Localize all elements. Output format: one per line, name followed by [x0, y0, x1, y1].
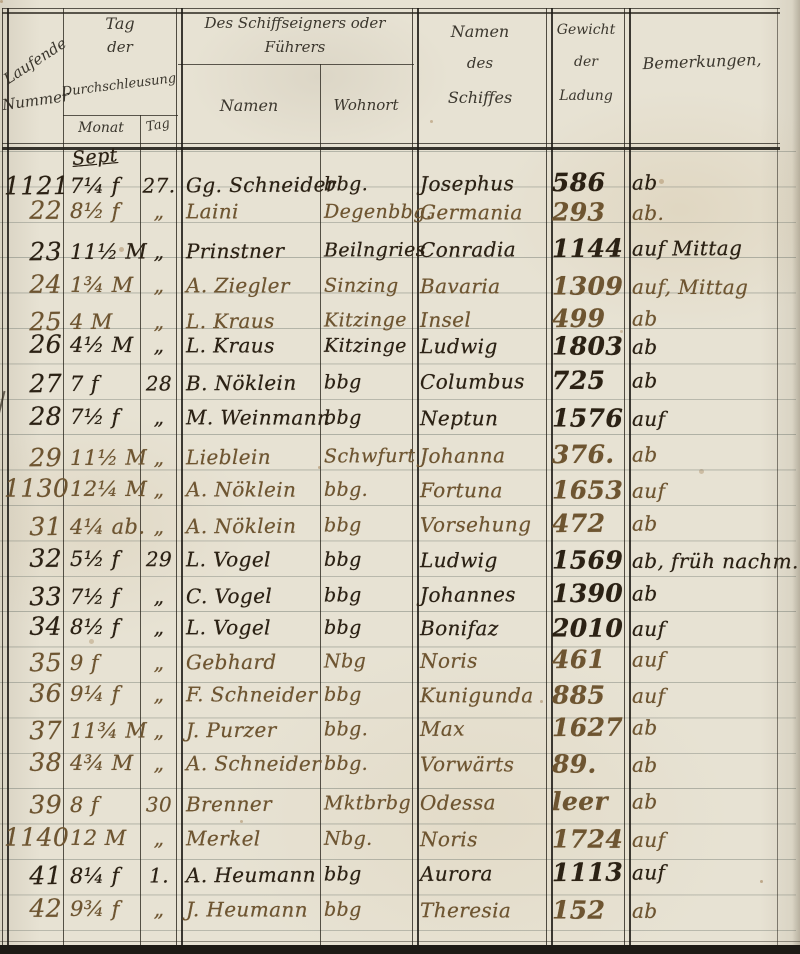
ship-name: Aurora: [420, 857, 546, 890]
ship-name: Fortuna: [420, 474, 546, 506]
monat-tag-divider: [63, 115, 178, 116]
day-of-month: „: [142, 747, 176, 779]
ship-name: Vorsehung: [420, 508, 546, 541]
remark: auf: [632, 613, 794, 646]
row-number: 35: [4, 647, 62, 679]
owner-name: M. Weinmann: [186, 401, 318, 433]
ship-name: Vorwärts: [420, 748, 546, 780]
remark: auf: [632, 824, 794, 857]
row-number: 1140: [4, 822, 62, 854]
ship-name: Ludwig: [420, 544, 546, 576]
day-of-month: „: [142, 510, 176, 542]
cargo-weight: 2010: [552, 613, 626, 645]
remark: auf: [632, 643, 794, 676]
remark: auf: [632, 856, 794, 889]
lock-time: 7 f: [70, 368, 138, 400]
ship-name: Neptun: [420, 402, 546, 434]
day-of-month: „: [142, 195, 176, 227]
owner-residence: bbg: [324, 858, 414, 891]
bottom-rule: [0, 941, 800, 942]
lock-time: 4½ M: [70, 329, 138, 361]
owner-name: L. Vogel: [186, 611, 318, 643]
owner-residence: Nbg: [324, 645, 414, 678]
header-day-title2: der: [63, 38, 177, 56]
ship-name: Max: [420, 712, 546, 745]
row-number: 1130: [4, 473, 62, 505]
row-number: 33: [4, 581, 62, 613]
remark: auf: [632, 680, 794, 713]
cargo-weight: 1390: [552, 578, 626, 610]
cargo-weight: 1569: [552, 545, 626, 577]
table-row: 1140 12 M „ Merkel Nbg. Noris 1724 auf: [0, 822, 800, 857]
ship-name: Germania: [420, 196, 546, 228]
table-row: 37 11¾ M „ J. Purzer bbg. Max 1627 ab: [0, 711, 800, 748]
owner-name: A. Schneider: [186, 747, 318, 779]
day-of-month: „: [142, 580, 176, 612]
lock-time: 9¾ f: [70, 893, 138, 925]
table-row: 33 7½ f „ C. Vogel bbg Johannes 1390 ab: [0, 577, 800, 614]
header-sub-tag: Tag: [139, 115, 177, 136]
day-of-month: „: [142, 269, 176, 301]
lock-time: 4¼ ab.: [70, 511, 138, 543]
owner-residence: bbg: [324, 612, 414, 644]
lock-time: 12 M: [70, 822, 138, 854]
lock-time: 11¾ M: [70, 715, 138, 747]
header-sub-wohnort: Wohnort: [320, 96, 412, 114]
row-number: 24: [4, 269, 62, 301]
day-of-month: „: [142, 714, 176, 746]
table-row: 1130 12¼ M „ A. Nöklein bbg. Fortuna 165…: [0, 473, 800, 508]
cargo-weight: 586: [552, 167, 626, 199]
row-number: 32: [4, 543, 62, 575]
owner-residence: bbg: [324, 579, 414, 612]
owner-name: Merkel: [186, 822, 318, 854]
lock-time: 7½ f: [70, 581, 138, 613]
day-of-month: „: [142, 235, 176, 267]
table-row: 32 5½ f 29 L. Vogel bbg Ludwig 1569 ab, …: [0, 543, 800, 578]
owner-residence: bbg: [324, 544, 414, 576]
owner-subheader-divider: [178, 64, 414, 65]
remark: ab: [632, 749, 794, 782]
header-bottom-thin: [2, 143, 780, 144]
owner-name: L. Kraus: [186, 329, 318, 361]
row-number: 26: [4, 329, 62, 361]
day-of-month: „: [142, 329, 176, 361]
row-number: 23: [4, 236, 62, 268]
cargo-weight: 725: [552, 365, 626, 397]
table-row: 29 11½ M „ Lieblein Schwfurt Johanna 376…: [0, 438, 800, 475]
remark: ab: [632, 364, 794, 397]
cargo-weight: leer: [552, 786, 626, 818]
ledger-page: Laufende Nummer Tag der Durchschleusung …: [0, 0, 800, 954]
ship-name: Kunigunda: [420, 679, 546, 711]
owner-name: J. Purzer: [186, 714, 318, 747]
header-weight-line1: Gewicht: [548, 22, 624, 38]
row-number: 22: [4, 195, 62, 227]
cargo-weight: 293: [552, 197, 626, 229]
cargo-weight: 376.: [552, 439, 626, 471]
table-row: 38 4¾ M „ A. Schneider bbg. Vorwärts 89.…: [0, 747, 800, 782]
lock-time: 8½ f: [70, 611, 138, 643]
cargo-weight: 1627: [552, 712, 626, 744]
table-row: 35 9 f „ Gebhard Nbg Noris 461 auf: [0, 643, 800, 680]
owner-residence: Nbg.: [324, 823, 414, 855]
owner-name: L. Vogel: [186, 543, 318, 575]
header-day-title3: Durchschleusung: [58, 71, 181, 101]
lock-time: 8½ f: [70, 195, 138, 227]
page-bottom-edge: [0, 945, 800, 954]
day-of-month: 30: [142, 788, 176, 820]
remark: ab.: [632, 197, 794, 230]
owner-residence: Kitzinge: [324, 330, 414, 362]
header-ship-line1: Namen: [414, 22, 546, 41]
table-row: 34 8½ f „ L. Vogel bbg Bonifaz 2010 auf: [0, 611, 800, 646]
row-number: 31: [4, 511, 62, 543]
owner-residence: Beilngries: [324, 234, 414, 267]
day-of-month: „: [142, 646, 176, 678]
owner-name: A. Nöklein: [186, 510, 318, 543]
owner-residence: bbg: [324, 679, 414, 711]
ship-name: Odessa: [420, 786, 546, 819]
page-edge-shading: [792, 0, 800, 954]
remark: auf: [632, 403, 794, 436]
cargo-weight: 461: [552, 644, 626, 676]
header-day-title1: Tag: [63, 14, 177, 33]
day-of-month: „: [142, 441, 176, 473]
ship-name: Josephus: [420, 167, 546, 200]
row-number: 42: [4, 893, 62, 925]
header-owner-title2: Führers: [178, 38, 412, 56]
cargo-weight: 89.: [552, 749, 626, 781]
table-row: 26 4½ M „ L. Kraus Kitzinge Ludwig 1803 …: [0, 329, 800, 364]
table-row: 23 11½ M „ Prinstner Beilngries Conradia…: [0, 232, 800, 269]
header-ship-line3: Schiffes: [414, 88, 546, 107]
remark: ab, früh nachm.: [632, 545, 794, 578]
row-number: 34: [4, 611, 62, 643]
owner-name: J. Heumann: [186, 893, 318, 925]
paper-speckles: [0, 0, 3, 3]
ship-name: Noris: [420, 644, 546, 677]
owner-residence: bbg.: [324, 748, 414, 780]
owner-name: F. Schneider: [186, 678, 318, 710]
header-sub-namen: Namen: [178, 96, 320, 115]
table-row: 24 1¾ M „ A. Ziegler Sinzing Bavaria 130…: [0, 269, 800, 304]
row-number: 36: [4, 678, 62, 710]
lock-time: 4¾ M: [70, 747, 138, 779]
owner-name: Gebhard: [186, 646, 318, 679]
remark: ab: [632, 507, 794, 540]
ship-name: Bavaria: [420, 270, 546, 302]
ship-name: Ludwig: [420, 330, 546, 362]
table-row: 36 9¼ f „ F. Schneider bbg Kunigunda 885…: [0, 678, 800, 713]
table-row: 27 7 f 28 B. Nöklein bbg Columbus 725 ab: [0, 364, 800, 401]
table-row: 28 7½ f „ M. Weinmann bbg Neptun 1576 au…: [0, 401, 800, 436]
ship-name: Johannes: [420, 578, 546, 611]
lock-time: 5½ f: [70, 543, 138, 575]
remark: ab: [632, 331, 794, 364]
row-number: 29: [4, 442, 62, 474]
lock-time: 7½ f: [70, 401, 138, 433]
owner-name: A. Heumann: [186, 859, 318, 892]
remark: ab: [632, 577, 794, 610]
owner-name: Laini: [186, 195, 318, 227]
ship-name: Columbus: [420, 365, 546, 398]
lock-time: 11½ M: [70, 236, 138, 268]
cargo-weight: 1113: [552, 857, 626, 889]
owner-residence: Schwfurt: [324, 440, 414, 473]
owner-name: Brenner: [186, 788, 318, 821]
table-row: 41 8¼ f 1. A. Heumann bbg Aurora 1113 au…: [0, 856, 800, 893]
remark: ab: [632, 785, 794, 818]
lock-time: 9 f: [70, 647, 138, 679]
month-label: Sept: [71, 144, 118, 170]
ship-name: Bonifaz: [420, 612, 546, 644]
remark: auf Mittag: [632, 232, 794, 265]
day-of-month: „: [142, 678, 176, 710]
day-of-month: 29: [142, 543, 176, 575]
cargo-weight: 885: [552, 680, 626, 712]
day-of-month: „: [142, 822, 176, 854]
day-of-month: „: [142, 473, 176, 505]
header-weight-line2: der: [548, 54, 624, 70]
remark: ab: [632, 302, 794, 335]
row-number: 39: [4, 789, 62, 821]
owner-residence: bbg: [324, 402, 414, 434]
owner-name: C. Vogel: [186, 580, 318, 613]
day-of-month: „: [142, 893, 176, 925]
row-number: 41: [4, 860, 62, 892]
cargo-weight: 1144: [552, 233, 626, 265]
table-row: 22 8½ f „ Laini Degenbbg. Germania 293 a…: [0, 195, 800, 230]
owner-name: Prinstner: [186, 235, 318, 268]
ship-name: Conradia: [420, 233, 546, 266]
cargo-weight: 1803: [552, 331, 626, 363]
header-sub-monat: Monat: [63, 120, 139, 136]
header-remarks: Bemerkungen,: [626, 49, 779, 73]
remark: ab: [632, 166, 794, 199]
cargo-weight: 152: [552, 895, 626, 927]
owner-name: Lieblein: [186, 441, 318, 474]
owner-residence: Mktbrbg: [324, 787, 414, 820]
cargo-weight: 1576: [552, 403, 626, 435]
table-row: 39 8 f 30 Brenner Mktbrbg Odessa leer ab: [0, 785, 800, 822]
owner-residence: bbg: [324, 894, 414, 926]
day-of-month: „: [142, 401, 176, 433]
owner-name: A. Ziegler: [186, 269, 318, 301]
remark: ab: [632, 711, 794, 744]
header-weight-line3: Ladung: [548, 88, 624, 104]
day-of-month: 1.: [142, 859, 176, 891]
remark: ab: [632, 895, 794, 928]
cargo-weight: 472: [552, 508, 626, 540]
owner-residence: Sinzing: [324, 270, 414, 302]
lock-time: 9¼ f: [70, 678, 138, 710]
table-row: 42 9¾ f „ J. Heumann bbg Theresia 152 ab: [0, 893, 800, 928]
lock-time: 11½ M: [70, 442, 138, 474]
top-border-line: [2, 8, 780, 9]
ship-name: Johanna: [420, 439, 546, 472]
header-bottom-thick: [2, 147, 780, 150]
table-row: 31 4¼ ab. „ A. Nöklein bbg Vorsehung 472…: [0, 507, 800, 544]
owner-name: A. Nöklein: [186, 473, 318, 505]
owner-name: B. Nöklein: [186, 367, 318, 400]
lock-time: 8¼ f: [70, 860, 138, 892]
row-number: 37: [4, 715, 62, 747]
remark: auf: [632, 475, 794, 508]
cargo-weight: 1724: [552, 824, 626, 856]
ship-name: Noris: [420, 823, 546, 855]
header-number-line2: Nummer: [1, 88, 63, 114]
owner-residence: bbg: [324, 366, 414, 399]
remark: auf, Mittag: [632, 271, 794, 304]
owner-residence: Degenbbg.: [324, 196, 414, 228]
owner-residence: bbg: [324, 509, 414, 542]
owner-residence: bbg.: [324, 474, 414, 506]
cargo-weight: 1653: [552, 475, 626, 507]
header-owner-title1: Des Schiffseigners oder: [178, 14, 412, 32]
lock-time: 12¼ M: [70, 473, 138, 505]
owner-residence: bbg.: [324, 713, 414, 746]
lock-time: 1¾ M: [70, 269, 138, 301]
day-of-month: „: [142, 611, 176, 643]
remark: ab: [632, 438, 794, 471]
lock-time: 8 f: [70, 789, 138, 821]
header-ship-line2: des: [414, 54, 546, 72]
row-number: 38: [4, 747, 62, 779]
cargo-weight: 1309: [552, 271, 626, 303]
day-of-month: 28: [142, 367, 176, 399]
ship-name: Theresia: [420, 894, 546, 926]
